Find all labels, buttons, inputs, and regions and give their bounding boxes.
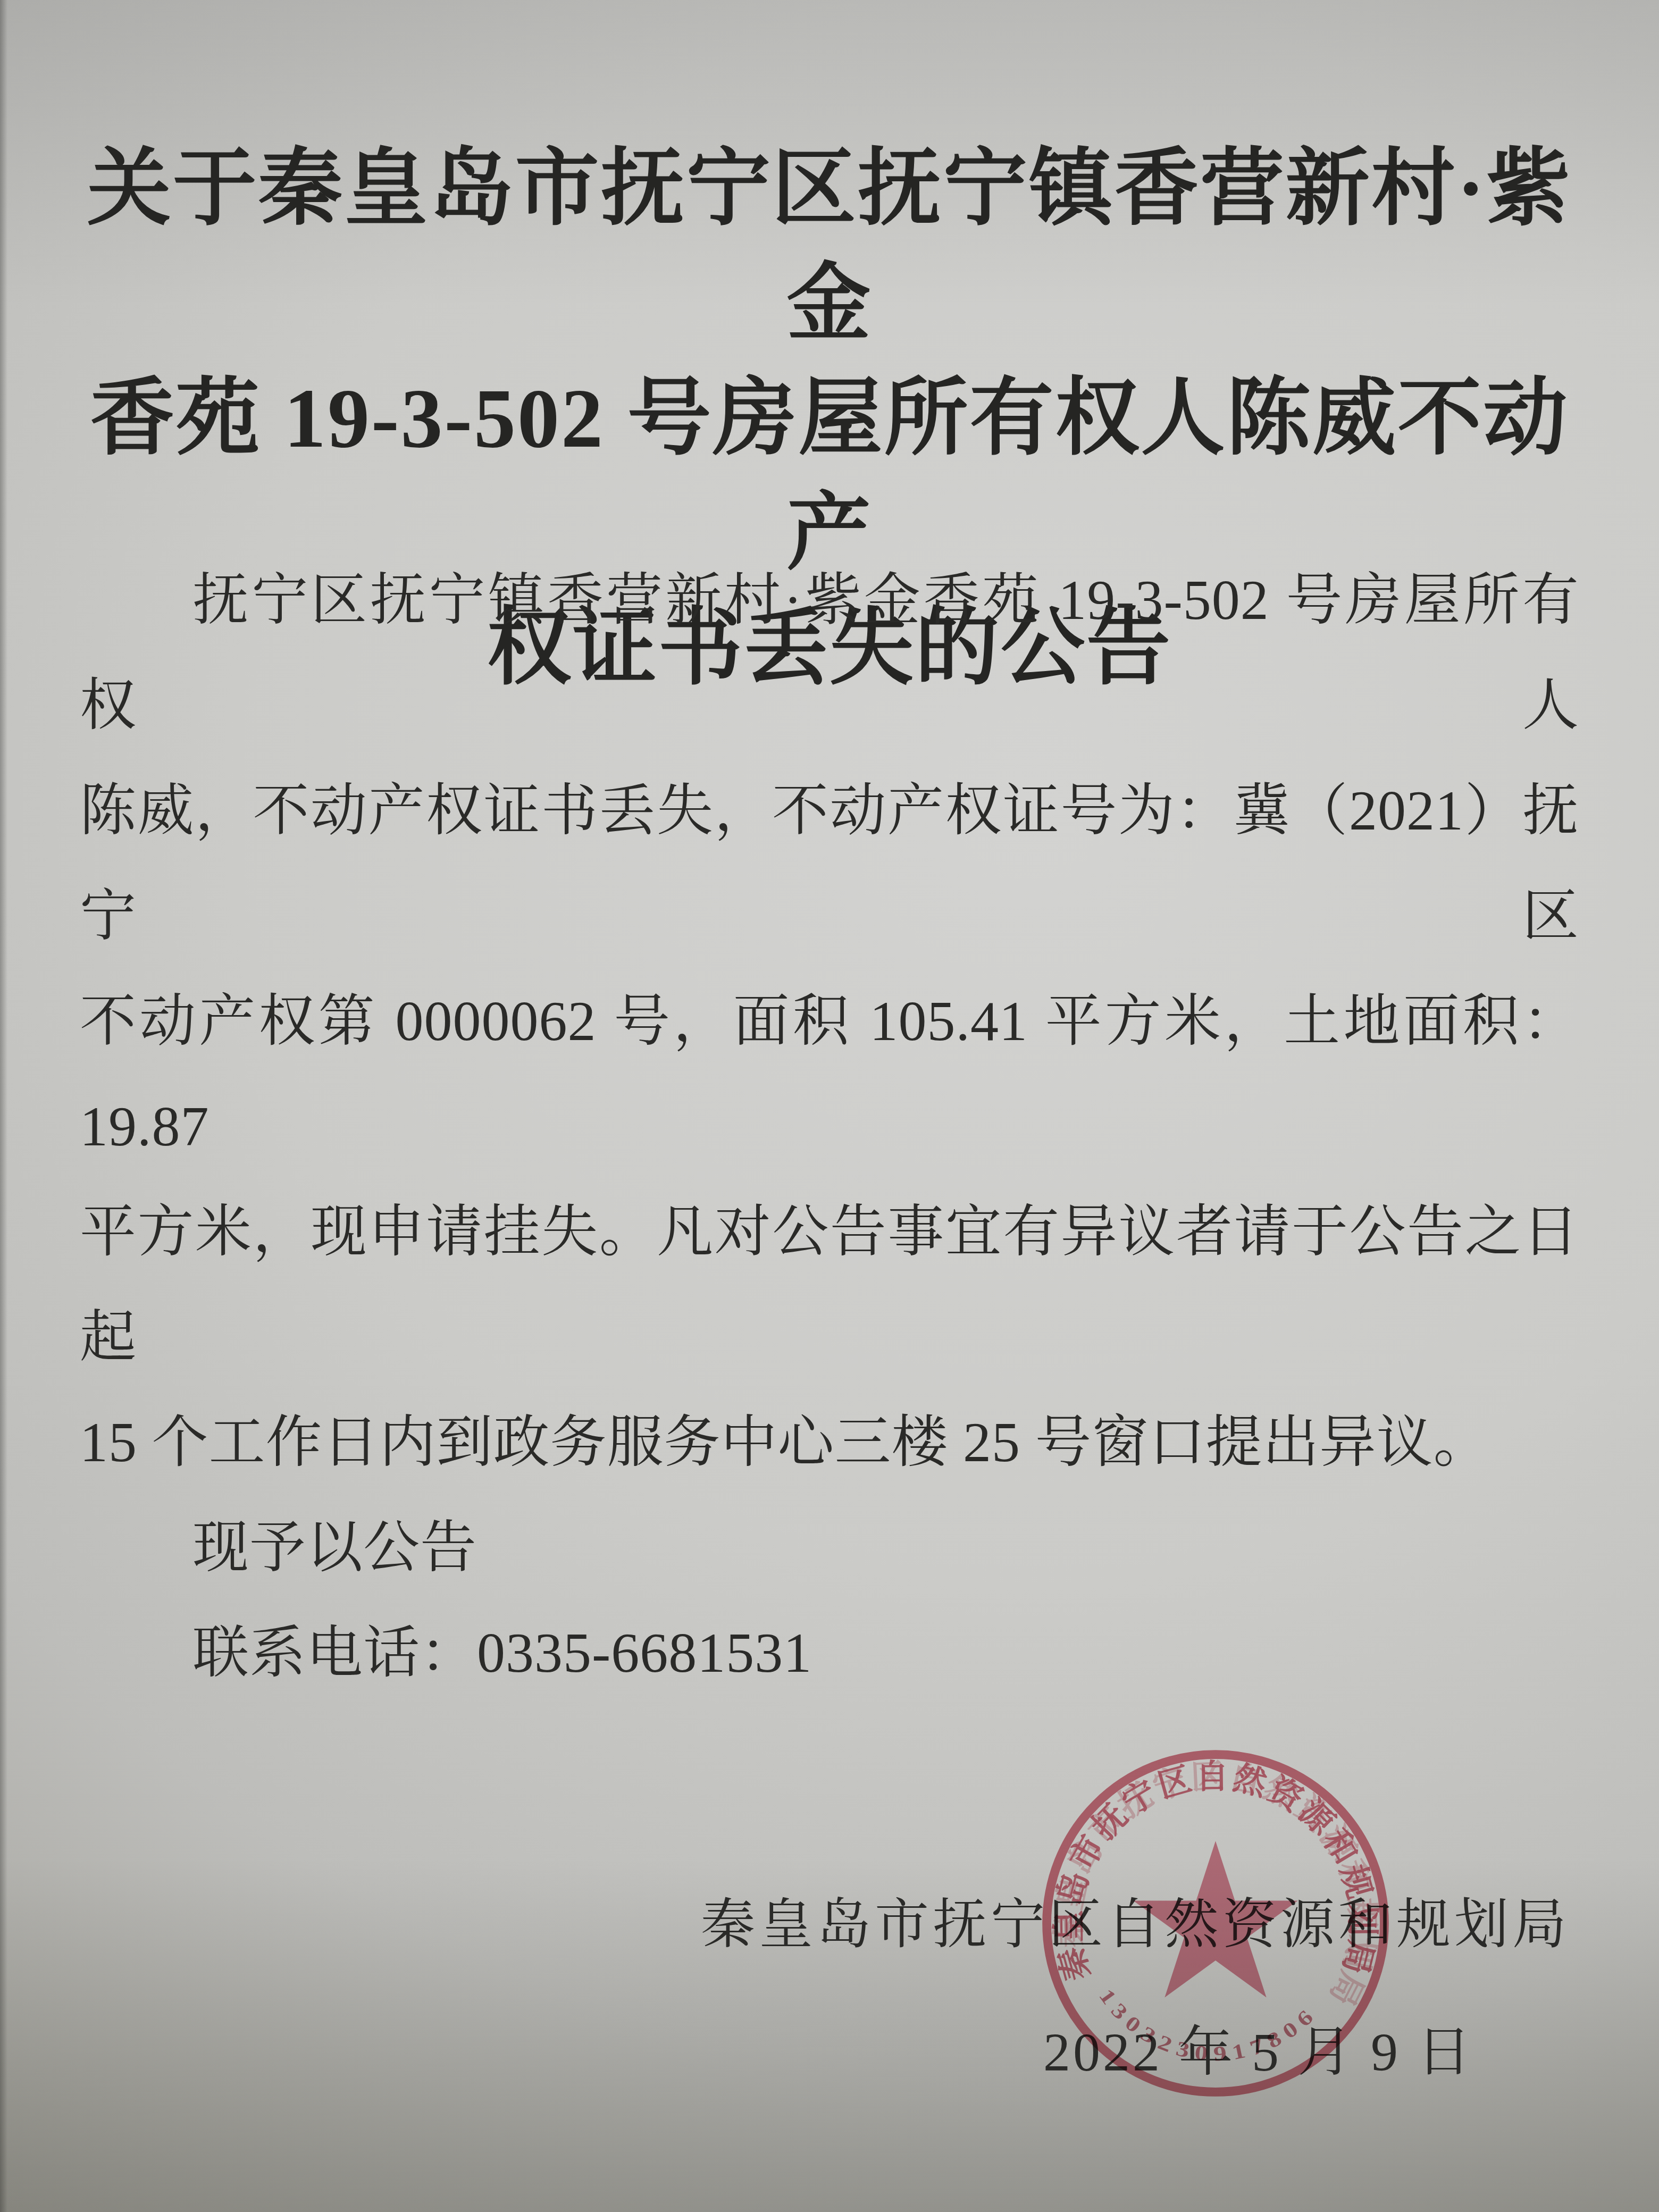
body-line-3: 不动产权第 0000062 号，面积 105.41 平方米，土地面积：19.87: [80, 969, 1579, 1179]
body-line-2: 陈威，不动产权证书丢失，不动产权证号为：冀（2021）抚宁区: [80, 758, 1579, 969]
seal-number: 1303230917806: [1094, 1984, 1322, 2066]
announcement-body: 抚宁区抚宁镇香营新村·紫金香苑 19-3-502 号房屋所有权人 陈威，不动产权…: [80, 548, 1579, 1706]
closing-line: 现予以公告: [80, 1495, 1579, 1601]
official-red-seal: 秦皇岛市抚宁区自然资源和规划局 秦皇岛市抚宁区自然资源和规划局 13032309…: [1032, 1740, 1399, 2107]
announcement-document: 关于秦皇岛市抚宁区抚宁镇香营新村·紫金 香苑 19-3-502 号房屋所有权人陈…: [0, 0, 1659, 2212]
seal-star-icon: [1133, 1841, 1298, 1997]
body-line-4: 平方米，现申请挂失。凡对公告事宜有异议者请于公告之日起: [80, 1179, 1579, 1390]
body-line-5: 15 个工作日内到政务服务中心三楼 25 号窗口提出异议。: [80, 1390, 1579, 1495]
body-line-1: 抚宁区抚宁镇香营新村·紫金香苑 19-3-502 号房屋所有权人: [80, 548, 1579, 758]
contact-phone-line: 联系电话：0335-6681531: [80, 1601, 1579, 1706]
title-line-1: 关于秦皇岛市抚宁区抚宁镇香营新村·紫金: [77, 132, 1582, 362]
svg-text:1303230917806: 1303230917806: [1094, 1984, 1322, 2066]
